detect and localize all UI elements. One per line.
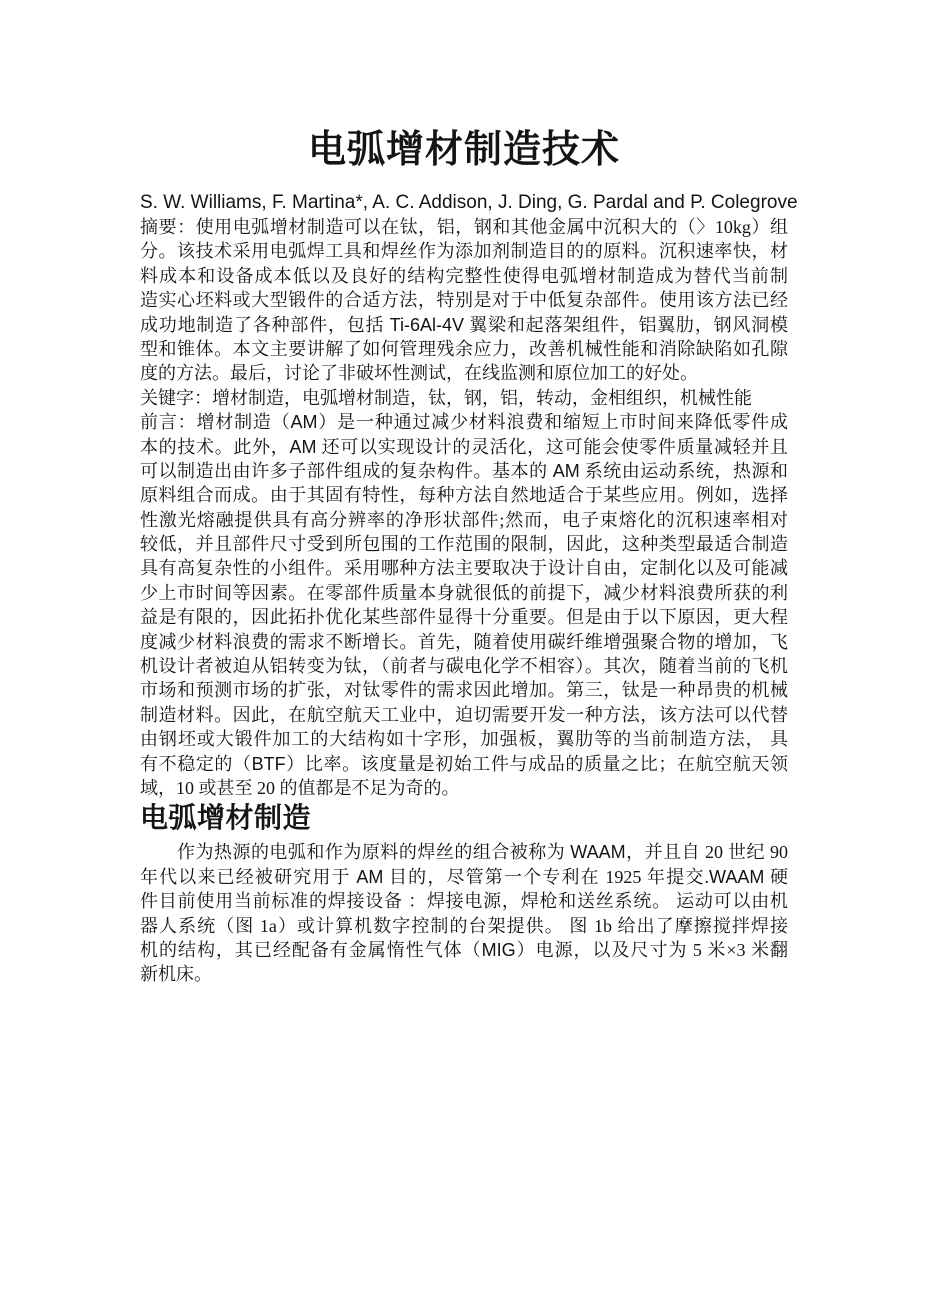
latin-text: MIG [482,940,516,960]
document-title: 电弧增材制造技术 [140,126,788,174]
text-line: 度减少材料浪费的需求不断增长。首先，随着使用碳纤维增强聚合物的增加，飞 [140,630,788,654]
text-line: 性激光熔融提供具有高分辨率的净形状部件;然而，电子束熔化的沉积速率相对 [140,508,788,532]
text-line: 原料组合而成。由于其固有特性，每种方法自然地适合于某些应用。例如，选择 [140,483,788,507]
latin-text: Ti-6Al-4V [390,315,464,335]
latin-text: AM [356,867,383,887]
text-line: 器人系统（图 1a）或计算机数字控制的台架提供。 图 1b 给出了摩擦搅拌焊接 [140,914,788,938]
text-line: 成功地制造了各种部件，包括 Ti-6Al-4V 翼梁和起落架组件，铝翼肋，钢风洞… [140,313,788,337]
text-line: 可以制造出由许多子部件组成的复杂构件。基本的 AM 系统由运动系统，热源和 [140,459,788,483]
text-line: 件目前使用当前标准的焊接设备 ：焊接电源，焊枪和送丝系统。 运动可以由机 [140,889,788,913]
latin-text: AM [553,461,580,481]
text-line: 年代以来已经被研究用于 AM 目的，尽管第一个专利在 1925 年提交.WAAM… [140,865,788,889]
latin-text: WAAM [709,867,764,887]
text-line: 型和锥体。本文主要讲解了如何管理残余应力，改善机械性能和消除缺陷如孔隙 [140,337,788,361]
text-line: 机的结构，其已经配备有金属惰性气体（MIG）电源，以及尺寸为 5 米×3 米翻 [140,938,788,962]
text-line: 关键字：增材制造，电弧增材制造，钛，钢，铝，转动，金相组织，机械性能 [140,386,788,410]
text-line: 料成本和设备成本低以及良好的结构完整性使得电弧增材制造成为替代当前制 [140,264,788,288]
text-line: 分。该技术采用电弧焊工具和焊丝作为添加剂制造目的的原料。沉积速率快，材 [140,239,788,263]
latin-text: BTF [252,754,286,774]
text-line: 域，10 或甚至 20 的值都是不足为奇的。 [140,776,788,800]
latin-text: AM [289,437,316,457]
authors-line: S. W. Williams, F. Martina*, A. C. Addis… [140,190,788,215]
latin-text: WAAM [570,842,625,862]
latin-text: AM [291,412,318,432]
waam-paragraph: 作为热源的电弧和作为原料的焊丝的组合被称为 WAAM，并且自 20 世纪 90年… [140,840,788,986]
abstract-paragraph: 摘要：使用电弧增材制造可以在钛，铝，钢和其他金属中沉积大的（〉10kg）组分。该… [140,215,788,386]
section-heading-waam: 电弧增材制造 [140,800,788,836]
text-line: 机设计者被迫从铝转变为钛，（前者与碳电化学不相容）。其次，随着当前的飞机 [140,654,788,678]
keywords-paragraph: 关键字：增材制造，电弧增材制造，钛，钢，铝，转动，金相组织，机械性能 [140,386,788,410]
text-line: 造实心坯料或大型锻件的合适方法，特别是对于中低复杂部件。使用该方法已经 [140,288,788,312]
text-line: 较低，并且部件尺寸受到所包围的工作范围的限制，因此，这种类型最适合制造 [140,532,788,556]
text-line: 由钢坯或大锻件加工的大结构如十字形，加强板，翼肋等的当前制造方法， 具 [140,727,788,751]
text-line: 前言：增材制造（AM）是一种通过减少材料浪费和缩短上市时间来降低零件成 [140,410,788,434]
text-line: 摘要：使用电弧增材制造可以在钛，铝，钢和其他金属中沉积大的（〉10kg）组 [140,215,788,239]
text-line: 益是有限的，因此拓扑优化某些部件显得十分重要。但是由于以下原因，更大程 [140,605,788,629]
introduction-paragraph: 前言：增材制造（AM）是一种通过减少材料浪费和缩短上市时间来降低零件成本的技术。… [140,410,788,800]
document-page: 电弧增材制造技术 S. W. Williams, F. Martina*, A.… [140,0,788,987]
text-line: 新机床。 [140,962,788,986]
text-line: 制造材料。因此，在航空航天工业中，迫切需要开发一种方法，该方法可以代替 [140,703,788,727]
document-body: 摘要：使用电弧增材制造可以在钛，铝，钢和其他金属中沉积大的（〉10kg）组分。该… [140,215,788,987]
text-line: 少上市时间等因素。在零部件质量本身就很低的前提下，减少材料浪费所获的利 [140,581,788,605]
text-line: 本的技术。此外，AM 还可以实现设计的灵活化，这可能会使零件质量减轻并且 [140,435,788,459]
text-line: 具有高复杂性的小组件。采用哪种方法主要取决于设计自由，定制化以及可能减 [140,556,788,580]
text-line: 作为热源的电弧和作为原料的焊丝的组合被称为 WAAM，并且自 20 世纪 90 [140,840,788,864]
text-line: 有不稳定的（BTF）比率。该度量是初始工件与成品的质量之比；在航空航天领 [140,752,788,776]
text-line: 度的方法。最后，讨论了非破坏性测试，在线监测和原位加工的好处。 [140,361,788,385]
text-line: 市场和预测市场的扩张，对钛零件的需求因此增加。第三，钛是一种昂贵的机械 [140,678,788,702]
